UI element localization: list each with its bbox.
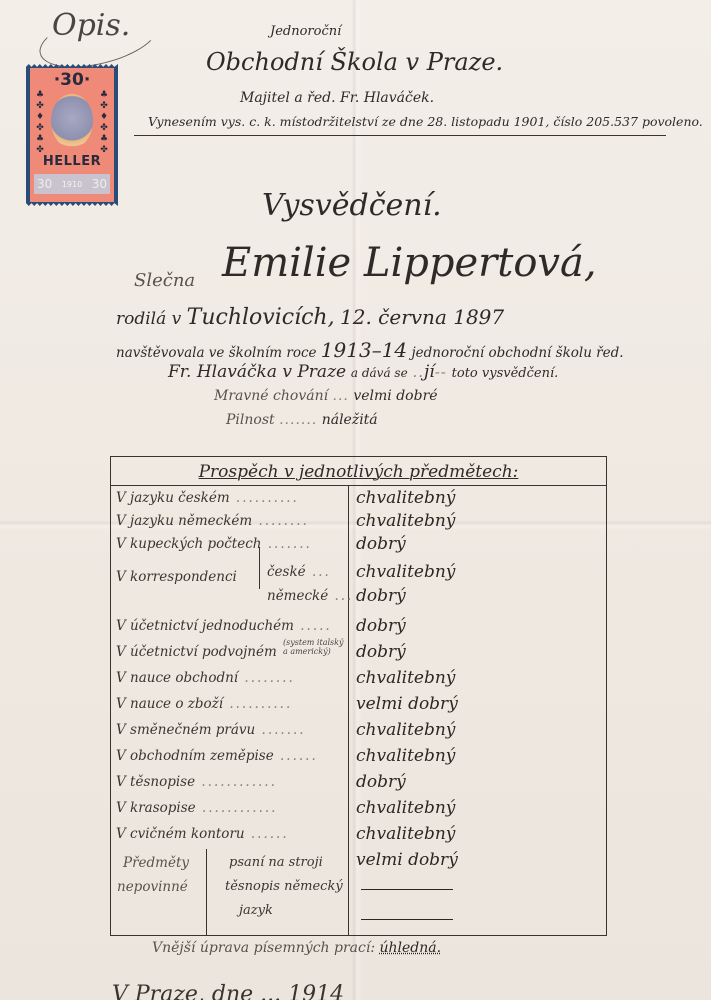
subject-label: V účetnictví podvojném	[116, 644, 277, 660]
subject-label: V korrespondenci	[116, 569, 237, 585]
system-note: (system italskýa americký)	[283, 638, 344, 656]
table-row: V jazyku českém .......... chvalitebný	[111, 487, 608, 511]
grade-value: dobrý	[356, 586, 406, 606]
table-row: V směnečném právu ....... chvalitebný	[111, 719, 608, 743]
birthdate: 12. června 1897	[340, 305, 504, 329]
stamp-denomination: HELLER	[30, 154, 114, 169]
grade-value: chvalitebný	[356, 746, 455, 766]
grade-value: dobrý	[356, 642, 406, 662]
student-name: Emilie Lippertová,	[222, 240, 597, 286]
subject-label: V obchodním zeměpise	[116, 748, 274, 764]
diligence-line: Pilnost ....... náležitá	[226, 412, 378, 428]
stamp-top-value: ·30·	[30, 70, 114, 90]
optional-subject: jazyk	[239, 903, 273, 918]
stamp-body: ·30· ♣✤♦✤♣✤ ♣✤♦✤♣✤ HELLER 30 1910 30	[30, 68, 114, 202]
subject-label: V účetnictví jednoduchém	[116, 618, 294, 634]
subject-label: V krasopise	[116, 800, 196, 816]
table-row: německé ... dobrý	[111, 585, 608, 609]
subject-label: V jazyku českém	[116, 490, 230, 506]
table-row: V krasopise ............ chvalitebný	[111, 797, 608, 821]
birthplace: Tuchlovicích,	[187, 305, 335, 330]
table-row: V obchodním zeměpise ...... chvalitebný	[111, 745, 608, 769]
subject-label: V těsnopise	[116, 774, 195, 790]
table-row: V cvičném kontoru ...... chvalitebný	[111, 823, 608, 847]
stamp-right-value: 30	[92, 177, 107, 191]
grade-value: dobrý	[356, 772, 406, 792]
birth-line: rodilá v Tuchlovicích, 12. června 1897	[116, 305, 504, 330]
stamp-ornament-icon: ♣✤♦✤♣✤	[98, 90, 110, 162]
stamp-year: 1910	[62, 180, 82, 189]
diligence-value: náležitá	[322, 412, 378, 428]
school-name: Obchodní Škola v Praze.	[206, 48, 503, 76]
footer-partial: V Praze, dne ... 1914	[112, 982, 344, 1000]
subject-label: V nauce obchodní	[116, 670, 238, 686]
grade-value: chvalitebný	[356, 562, 455, 582]
issuer: Fr. Hlaváčka v Praze	[168, 362, 346, 382]
decree-line: Vynesením vys. c. k. místodržitelství ze…	[148, 114, 703, 129]
issued-connector: a dává se	[351, 366, 408, 380]
issued-line: Fr. Hlaváčka v Praze a dává se ..jí-- to…	[168, 362, 558, 382]
grade-value: chvalitebný	[356, 511, 455, 531]
stamp-left-value: 30	[37, 177, 52, 191]
subject-label: V směnečném právu	[116, 722, 255, 738]
grades-table: Prospěch v jednotlivých předmětech: V ja…	[110, 456, 607, 936]
issued-pronoun: jí	[424, 362, 435, 382]
school-type: Jednoroční	[270, 24, 341, 39]
neatness-label: Vnější úprava písemných prací:	[152, 940, 375, 956]
grade-value: dobrý	[356, 616, 406, 636]
conduct-value: velmi dobré	[353, 388, 437, 404]
neatness-value: úhledná.	[380, 940, 442, 956]
table-row: V účetnictví jednoduchém ..... dobrý	[111, 615, 608, 639]
grade-value: chvalitebný	[356, 798, 455, 818]
table-row: V těsnopise ............ dobrý	[111, 771, 608, 795]
attended-prefix: navštěvovala ve školním roce	[116, 345, 317, 361]
grade-value: chvalitebný	[356, 824, 455, 844]
table-row: V kupeckých počtech ....... dobrý	[111, 533, 608, 557]
sub-subject-label: německé	[267, 588, 328, 604]
stamp-value-bar: 30 1910 30	[34, 174, 110, 194]
table-row: velmi dobrý	[111, 849, 608, 873]
conduct-line: Mravné chování ... velmi dobré	[214, 388, 438, 404]
table-row: V jazyku německém ........ chvalitebný	[111, 510, 608, 534]
attendance-line: navštěvovala ve školním roce 1913–14 jed…	[116, 338, 624, 362]
grade-value: dobrý	[356, 534, 406, 554]
subject-label: V jazyku německém	[116, 513, 252, 529]
grade-value: velmi dobrý	[356, 694, 458, 714]
subject-label: V cvičném kontoru	[116, 826, 245, 842]
diligence-label: Pilnost	[226, 412, 275, 428]
table-row: V nauce obchodní ........ chvalitebný	[111, 667, 608, 691]
student-salutation: Slečna	[134, 270, 195, 291]
stamp-ornament-icon: ♣✤♦✤♣✤	[34, 90, 46, 162]
neatness-line: Vnější úprava písemných prací: úhledná.	[152, 940, 441, 956]
sub-subject-label: české	[267, 564, 306, 580]
table-row: V korrespondenci české ... chvalitebný	[111, 561, 608, 585]
school-year: 1913–14	[321, 338, 407, 362]
revenue-stamp: ·30· ♣✤♦✤♣✤ ♣✤♦✤♣✤ HELLER 30 1910 30	[26, 64, 118, 206]
grade-value: chvalitebný	[356, 720, 455, 740]
optional-subject: těsnopis německý	[225, 879, 343, 894]
school-owner: Majitel a řed. Fr. Hlaváček.	[240, 90, 434, 106]
copy-annotation: Opis.	[52, 8, 130, 43]
stamp-portrait-medallion-icon	[51, 94, 93, 148]
grade-value: velmi dobrý	[356, 850, 458, 870]
attended-suffix: jednoroční obchodní školu řed.	[411, 345, 623, 361]
blank-grade-line	[361, 919, 453, 920]
document-title: Vysvědčení.	[262, 188, 442, 223]
blank-grade-line	[361, 889, 453, 890]
certificate-paper: Opis. ·30· ♣✤♦✤♣✤ ♣✤♦✤♣✤ HELLER 30 1910 …	[0, 0, 711, 1000]
optional-label: nepovinné	[117, 879, 188, 895]
subject-label: V nauce o zboží	[116, 696, 223, 712]
grades-heading: Prospěch v jednotlivých předmětech:	[111, 457, 606, 486]
table-row: V nauce o zboží .......... velmi dobrý	[111, 693, 608, 717]
subject-label: V kupeckých počtech	[116, 536, 261, 552]
grade-value: chvalitebný	[356, 668, 455, 688]
issued-suffix: toto vysvědčení.	[452, 366, 559, 381]
conduct-label: Mravné chování	[214, 388, 328, 404]
grade-value: chvalitebný	[356, 488, 455, 508]
table-row: V účetnictví podvojném (system italskýa …	[111, 641, 608, 665]
header-rule	[134, 135, 666, 136]
born-prefix: rodilá v	[116, 309, 181, 329]
